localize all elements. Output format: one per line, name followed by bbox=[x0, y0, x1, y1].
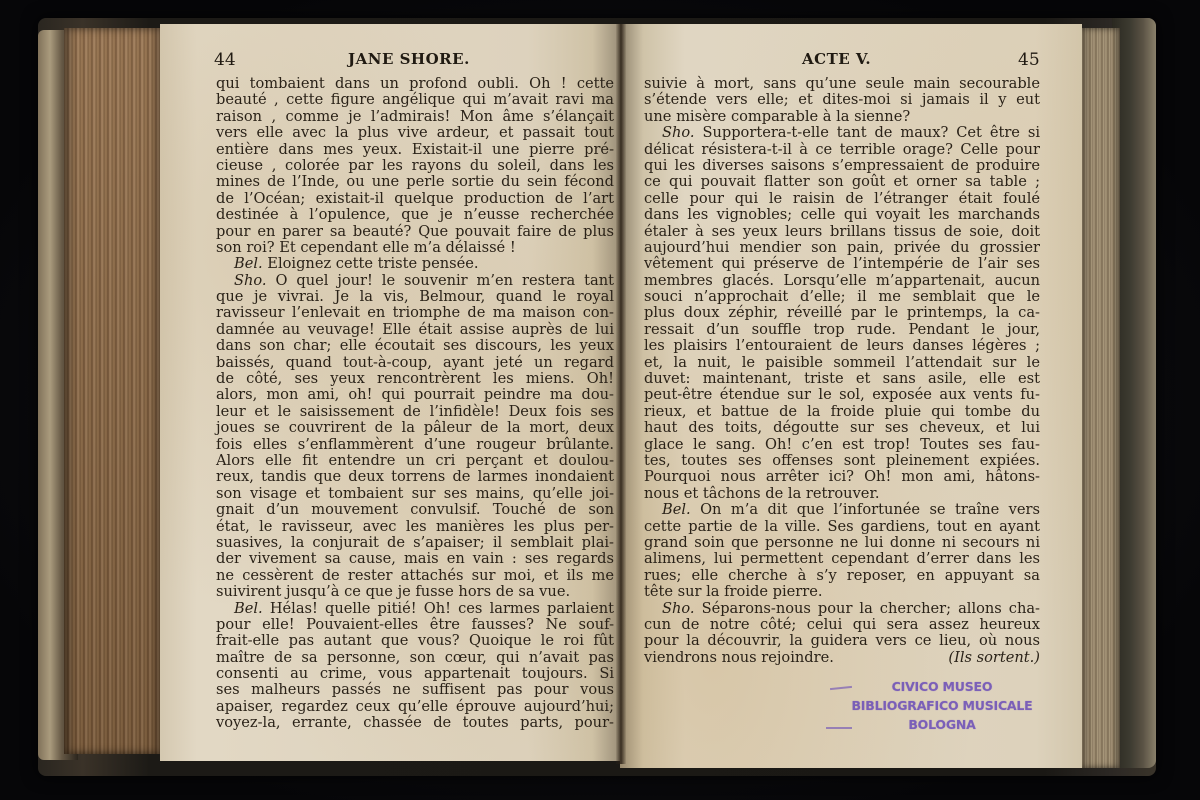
line-text: pour la découvrir, la guidera vers ce li… bbox=[644, 632, 1040, 649]
book-gutter bbox=[616, 24, 626, 764]
text-line: consenti au crime, vous appartenait touj… bbox=[216, 666, 614, 682]
dialogue-line: Sho. Séparons-nous pour la chercher; all… bbox=[644, 601, 1040, 617]
line-text: ressait d’un souffle trop rude. Pendant … bbox=[644, 321, 1040, 338]
page-text: suivie à mort, sans qu’une seule main se… bbox=[644, 76, 1040, 666]
page-block-edges-right bbox=[1080, 28, 1120, 768]
line-text: haut des toits, dégoutte sur ses cheveux… bbox=[644, 419, 1040, 436]
line-text: raison , comme je l’admirais! Mon âme s’… bbox=[216, 108, 614, 125]
text-line: beauté , cette figure angélique qui m’av… bbox=[216, 92, 614, 108]
text-line: que je vivrai. Je la vis, Belmour, quand… bbox=[216, 289, 614, 305]
line-text: cette partie de la ville. Ses gardiens, … bbox=[644, 518, 1040, 535]
line-text: et, la nuit, le paisible sommeil l’atten… bbox=[644, 354, 1040, 371]
text-line: étaler à ses yeux leurs brillans tissus … bbox=[644, 224, 1040, 240]
text-line: alors, mon ami, oh! qui pourrait peindre… bbox=[216, 387, 614, 403]
line-text: alimens, lui permettent cependant d’erre… bbox=[644, 550, 1040, 567]
running-head: ACTE V. bbox=[802, 50, 871, 68]
dialogue-line: Bel. On m’a dit que l’infortunée se traî… bbox=[644, 502, 1040, 518]
text-line: maître de sa personne, son cœur, qui n’a… bbox=[216, 650, 614, 666]
text-line: alimens, lui permettent cependant d’erre… bbox=[644, 551, 1040, 567]
line-text: consenti au crime, vous appartenait touj… bbox=[216, 665, 614, 682]
text-line: celle pour qui le raisin de l’étranger é… bbox=[644, 191, 1040, 207]
line-text: dans les vignobles; celle qui voyait les… bbox=[644, 206, 1040, 223]
line-text: duvet: maintenant, triste et sans asile,… bbox=[644, 370, 1040, 387]
line-text: aujourd’hui mendier son pain, privée du … bbox=[644, 239, 1040, 256]
text-line: leur et le saisissement de l’infidèle! D… bbox=[216, 404, 614, 420]
line-text: On m’a dit que l’infortunée se traîne ve… bbox=[691, 501, 1040, 518]
text-line: délicat résistera-t-il à ce terrible ora… bbox=[644, 142, 1040, 158]
library-stamp: CIVICO MUSEO BIBLIOGRAFICO MUSICALE BOLO… bbox=[842, 677, 1042, 734]
text-line: tes, toutes ses offenses sont pleinement… bbox=[644, 453, 1040, 469]
text-line: destinée à l’opulence, que je n’eusse re… bbox=[216, 207, 614, 223]
line-text: de l’Océan; existait-il quelque producti… bbox=[216, 190, 614, 207]
text-line: frait-elle pas autant que vous? Quoique … bbox=[216, 633, 614, 649]
line-text: cun de notre côté; celui qui sera assez … bbox=[644, 616, 1040, 633]
text-line: de l’Océan; existait-il quelque producti… bbox=[216, 191, 614, 207]
line-text: Séparons-nous pour la chercher; allons c… bbox=[695, 600, 1040, 617]
text-line: suasives, la conjurait de s’apaiser; il … bbox=[216, 535, 614, 551]
line-text: son roi? Et cependant elle m’a délaissé … bbox=[216, 239, 516, 256]
line-text: tes, toutes ses offenses sont pleinement… bbox=[644, 452, 1040, 469]
line-text: cieuse , colorée par les rayons du solei… bbox=[216, 157, 614, 174]
dialogue-line: Sho. Supportera-t-elle tant de maux? Cet… bbox=[644, 125, 1040, 141]
text-line: aujourd’hui mendier son pain, privée du … bbox=[644, 240, 1040, 256]
line-text: qui tombaient dans un profond oubli. Oh … bbox=[216, 75, 614, 92]
line-text: Alors elle fit entendre un cri perçant e… bbox=[216, 452, 614, 469]
line-text: baissés, quand tout-à-coup, ayant jeté u… bbox=[216, 354, 614, 371]
speaker-name: Sho. bbox=[234, 272, 267, 289]
page-text: qui tombaient dans un profond oubli. Oh … bbox=[216, 76, 614, 732]
line-text: mines de l’Inde, ou une perle sortie du … bbox=[216, 173, 614, 190]
text-line: les plaisirs l’entouraient de leurs dans… bbox=[644, 338, 1040, 354]
text-line: gnait d’un mouvement convulsif. Touché d… bbox=[216, 502, 614, 518]
text-line: haut des toits, dégoutte sur ses cheveux… bbox=[644, 420, 1040, 436]
line-text: une misère comparable à la sienne? bbox=[644, 108, 910, 125]
line-text: alors, mon ami, oh! qui pourrait peindre… bbox=[216, 386, 614, 403]
text-line: rues; elle cherche à s’y reposer, en app… bbox=[644, 568, 1040, 584]
text-line: de côté, ses yeux rencontrèrent les mien… bbox=[216, 371, 614, 387]
text-line: glace le sang. Oh! c’en est trop! Toutes… bbox=[644, 437, 1040, 453]
line-text: dans son char; elle écoutait ses discour… bbox=[216, 337, 614, 354]
text-line: baissés, quand tout-à-coup, ayant jeté u… bbox=[216, 355, 614, 371]
text-line: Pourquoi nous arrêter ici? Oh! mon ami, … bbox=[644, 469, 1040, 485]
line-text: pour elle! Pouvaient-elles être fausses?… bbox=[216, 616, 614, 633]
text-line: ne cessèrent de rester attachés sur moi,… bbox=[216, 568, 614, 584]
text-line: apaiser, regardez ceux qu’elle éprouve a… bbox=[216, 699, 614, 715]
speaker-name: Sho. bbox=[662, 124, 695, 141]
line-text: tête sur la froide pierre. bbox=[644, 583, 822, 600]
text-line: qui tombaient dans un profond oubli. Oh … bbox=[216, 76, 614, 92]
line-text: étaler à ses yeux leurs brillans tissus … bbox=[644, 223, 1040, 240]
text-line: vers elle avec la plus vive ardeur, et p… bbox=[216, 125, 614, 141]
left-page: 44 JANE SHORE. qui tombaient dans un pro… bbox=[160, 24, 620, 761]
line-text: O quel jour! le souvenir m’en restera ta… bbox=[267, 272, 614, 289]
text-line: et, la nuit, le paisible sommeil l’atten… bbox=[644, 355, 1040, 371]
text-line: voyez-la, errante, chassée de toutes par… bbox=[216, 715, 614, 731]
line-text: s’étende vers elle; et dites-moi si jama… bbox=[644, 91, 1040, 108]
line-text: qui les diverses saisons s’empressaient … bbox=[644, 157, 1040, 174]
stamp-line: CIVICO MUSEO bbox=[842, 677, 1042, 696]
text-line: mines de l’Inde, ou une perle sortie du … bbox=[216, 174, 614, 190]
text-line: raison , comme je l’admirais! Mon âme s’… bbox=[216, 109, 614, 125]
text-line: vêtement qui préserve de l’intempérie de… bbox=[644, 256, 1040, 272]
line-text: destinée à l’opulence, que je n’eusse re… bbox=[216, 206, 614, 223]
text-line: son visage et tombaient sur ses mains, q… bbox=[216, 486, 614, 502]
text-line: son roi? Et cependant elle m’a délaissé … bbox=[216, 240, 614, 256]
page-number: 44 bbox=[214, 50, 236, 70]
line-text: viendrons nous rejoindre. bbox=[644, 649, 834, 666]
line-text: souci n’approchait d’elle; il me semblai… bbox=[644, 288, 1040, 305]
line-text: frait-elle pas autant que vous? Quoique … bbox=[216, 632, 614, 649]
text-line: suivie à mort, sans qu’une seule main se… bbox=[644, 76, 1040, 92]
stage-direction: (Ils sortent.) bbox=[948, 650, 1040, 666]
book-photograph: 44 JANE SHORE. qui tombaient dans un pro… bbox=[0, 0, 1200, 800]
dialogue-line: Bel. Hélas! quelle pitié! Oh! ces larmes… bbox=[216, 601, 614, 617]
dialogue-line: Sho. O quel jour! le souvenir m’en reste… bbox=[216, 273, 614, 289]
line-text: grand soin que personne ne lui donne ni … bbox=[644, 534, 1040, 551]
line-text: leur et le saisissement de l’infidèle! D… bbox=[216, 403, 614, 420]
speaker-name: Bel. bbox=[234, 600, 263, 617]
text-line: nous et tâchons de la retrouver. bbox=[644, 486, 1040, 502]
line-text: état, le ravisseur, avec les manières le… bbox=[216, 518, 614, 535]
text-line: cun de notre côté; celui qui sera assez … bbox=[644, 617, 1040, 633]
text-line: viendrons nous rejoindre.(Ils sortent.) bbox=[644, 650, 1040, 666]
line-text: Eloignez cette triste pensée. bbox=[263, 255, 479, 272]
line-text: Supportera-t-elle tant de maux? Cet être… bbox=[695, 124, 1040, 141]
speaker-name: Bel. bbox=[662, 501, 691, 518]
text-line: joues se couvrirent de la pâleur de la m… bbox=[216, 420, 614, 436]
text-line: cieuse , colorée par les rayons du solei… bbox=[216, 158, 614, 174]
line-text: vers elle avec la plus vive ardeur, et p… bbox=[216, 124, 614, 141]
text-line: grand soin que personne ne lui donne ni … bbox=[644, 535, 1040, 551]
line-text: Hélas! quelle pitié! Oh! ces larmes parl… bbox=[263, 600, 614, 617]
line-text: nous et tâchons de la retrouver. bbox=[644, 485, 879, 502]
text-line: fois elles s’enflammèrent d’une rougeur … bbox=[216, 437, 614, 453]
line-text: pour en parer sa beauté? Que pouvait fai… bbox=[216, 223, 614, 240]
line-text: ses malheurs passés ne suffisent pas pou… bbox=[216, 681, 614, 698]
line-text: reux, tandis que deux torrens de larmes … bbox=[216, 468, 614, 485]
text-line: membres glacés. Lorsqu’elle m’appartenai… bbox=[644, 273, 1040, 289]
line-text: joues se couvrirent de la pâleur de la m… bbox=[216, 419, 614, 436]
running-head: JANE SHORE. bbox=[348, 50, 470, 68]
line-text: damnée au veuvage! Elle était assise aup… bbox=[216, 321, 614, 338]
line-text: fois elles s’enflammèrent d’une rougeur … bbox=[216, 436, 614, 453]
text-line: s’étende vers elle; et dites-moi si jama… bbox=[644, 92, 1040, 108]
stamp-line: BIBLIOGRAFICO MUSICALE bbox=[842, 696, 1042, 715]
dialogue-line: Bel. Eloignez cette triste pensée. bbox=[216, 256, 614, 272]
text-line: ses malheurs passés ne suffisent pas pou… bbox=[216, 682, 614, 698]
text-line: pour la découvrir, la guidera vers ce li… bbox=[644, 633, 1040, 649]
line-text: que je vivrai. Je la vis, Belmour, quand… bbox=[216, 288, 614, 305]
line-text: les plaisirs l’entouraient de leurs dans… bbox=[644, 337, 1040, 354]
text-line: pour en parer sa beauté? Que pouvait fai… bbox=[216, 224, 614, 240]
line-text: rues; elle cherche à s’y reposer, en app… bbox=[644, 567, 1040, 584]
text-line: ressait d’un souffle trop rude. Pendant … bbox=[644, 322, 1040, 338]
text-line: une misère comparable à la sienne? bbox=[644, 109, 1040, 125]
line-text: ce qui pouvait flatter son goût et orner… bbox=[644, 173, 1040, 190]
line-text: peut-être étendue sur le sol, exposée au… bbox=[644, 386, 1040, 403]
line-text: apaiser, regardez ceux qu’elle éprouve a… bbox=[216, 698, 614, 715]
text-line: souci n’approchait d’elle; il me semblai… bbox=[644, 289, 1040, 305]
text-line: entière dans mes yeux. Existait-il une p… bbox=[216, 142, 614, 158]
line-text: vêtement qui préserve de l’intempérie de… bbox=[644, 255, 1040, 272]
text-line: état, le ravisseur, avec les manières le… bbox=[216, 519, 614, 535]
line-text: celle pour qui le raisin de l’étranger é… bbox=[644, 190, 1040, 207]
text-line: damnée au veuvage! Elle était assise aup… bbox=[216, 322, 614, 338]
text-line: der vivement sa cause, mais en vain : se… bbox=[216, 551, 614, 567]
text-line: duvet: maintenant, triste et sans asile,… bbox=[644, 371, 1040, 387]
stamp-mark bbox=[826, 727, 852, 729]
line-text: rieux, et battue de la froide pluie qui … bbox=[644, 403, 1040, 420]
line-text: der vivement sa cause, mais en vain : se… bbox=[216, 550, 614, 567]
text-line: Alors elle fit entendre un cri perçant e… bbox=[216, 453, 614, 469]
stamp-line: BOLOGNA bbox=[842, 715, 1042, 734]
line-text: glace le sang. Oh! c’en est trop! Toutes… bbox=[644, 436, 1040, 453]
line-text: suasives, la conjurait de s’apaiser; il … bbox=[216, 534, 614, 551]
page-number: 45 bbox=[1018, 50, 1040, 70]
text-line: dans les vignobles; celle qui voyait les… bbox=[644, 207, 1040, 223]
text-line: rieux, et battue de la froide pluie qui … bbox=[644, 404, 1040, 420]
page-block-edges-left bbox=[64, 28, 162, 754]
line-text: Pourquoi nous arrêter ici? Oh! mon ami, … bbox=[644, 468, 1040, 485]
line-text: ne cessèrent de rester attachés sur moi,… bbox=[216, 567, 614, 584]
line-text: ravisseur l’enlevait en triomphe de ma m… bbox=[216, 304, 614, 321]
line-text: délicat résistera-t-il à ce terrible ora… bbox=[644, 141, 1040, 158]
line-text: plus doux zéphir, réveillé par le printe… bbox=[644, 304, 1040, 321]
line-text: membres glacés. Lorsqu’elle m’appartenai… bbox=[644, 272, 1040, 289]
right-page: ACTE V. 45 suivie à mort, sans qu’une se… bbox=[620, 24, 1082, 768]
text-line: plus doux zéphir, réveillé par le printe… bbox=[644, 305, 1040, 321]
text-line: peut-être étendue sur le sol, exposée au… bbox=[644, 387, 1040, 403]
text-line: qui les diverses saisons s’empressaient … bbox=[644, 158, 1040, 174]
line-text: entière dans mes yeux. Existait-il une p… bbox=[216, 141, 614, 158]
line-text: gnait d’un mouvement convulsif. Touché d… bbox=[216, 501, 614, 518]
text-line: dans son char; elle écoutait ses discour… bbox=[216, 338, 614, 354]
line-text: suivirent jusqu’à ce que je fusse hors d… bbox=[216, 583, 570, 600]
text-line: pour elle! Pouvaient-elles être fausses?… bbox=[216, 617, 614, 633]
text-line: tête sur la froide pierre. bbox=[644, 584, 1040, 600]
text-line: ravisseur l’enlevait en triomphe de ma m… bbox=[216, 305, 614, 321]
line-text: maître de sa personne, son cœur, qui n’a… bbox=[216, 649, 614, 666]
text-line: cette partie de la ville. Ses gardiens, … bbox=[644, 519, 1040, 535]
speaker-name: Bel. bbox=[234, 255, 263, 272]
line-text: beauté , cette figure angélique qui m’av… bbox=[216, 91, 614, 108]
line-text: de côté, ses yeux rencontrèrent les mien… bbox=[216, 370, 614, 387]
text-line: reux, tandis que deux torrens de larmes … bbox=[216, 469, 614, 485]
line-text: voyez-la, errante, chassée de toutes par… bbox=[216, 714, 614, 731]
line-text: suivie à mort, sans qu’une seule main se… bbox=[644, 75, 1040, 92]
line-text: son visage et tombaient sur ses mains, q… bbox=[216, 485, 614, 502]
text-line: suivirent jusqu’à ce que je fusse hors d… bbox=[216, 584, 614, 600]
text-line: ce qui pouvait flatter son goût et orner… bbox=[644, 174, 1040, 190]
speaker-name: Sho. bbox=[662, 600, 695, 617]
